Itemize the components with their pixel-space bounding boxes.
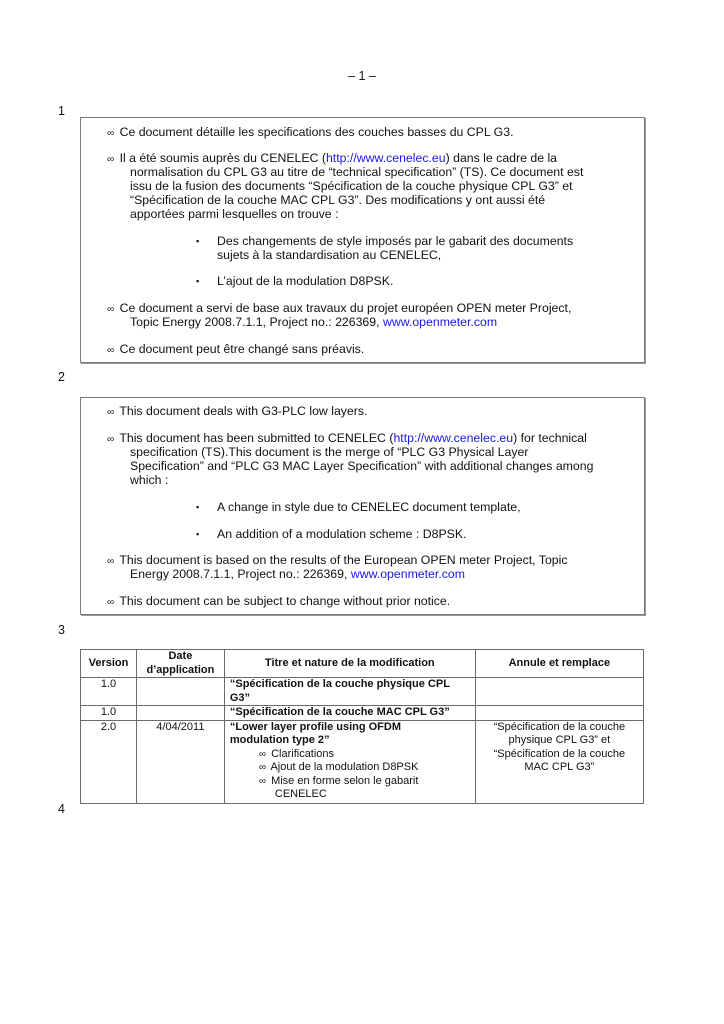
notice-text: Topic Energy 2008.7.1.1, Project no.: 22… <box>130 315 383 329</box>
notice-text: ) dans le cadre de la <box>446 151 557 165</box>
change-item: ∞ Mise en forme selon le gabarit <box>230 775 470 789</box>
header-version: Version <box>81 650 137 678</box>
cell-title: “Spécification de la couche physique CPL… <box>224 678 475 706</box>
notice-text: Il a été soumis auprès du CENELEC ( <box>120 151 326 165</box>
cell-date <box>136 706 224 721</box>
infinity-bullet-icon: ∞ <box>107 304 114 315</box>
notice-text: Ce document peut être changé sans préavi… <box>120 342 365 356</box>
square-bullet-icon: ▪ <box>196 276 199 286</box>
header-date-line1: Date <box>142 650 219 664</box>
cell-replaces: “Spécification de la couche physique CPL… <box>475 720 643 803</box>
notice-text: “Spécification de la couche MAC CPL G3”.… <box>130 193 545 207</box>
square-bullet-icon: ▪ <box>196 236 199 246</box>
title-line: “Lower layer profile using OFDM <box>230 721 470 735</box>
table-row: 2.0 4/04/2011 “Lower layer profile using… <box>81 720 644 803</box>
table-row: 1.0 “Spécification de la couche physique… <box>81 678 644 706</box>
line-number-3: 3 <box>58 623 65 637</box>
infinity-bullet-icon: ∞ <box>259 776 266 787</box>
notice-text: specification (TS).This document is the … <box>130 445 528 459</box>
line-number-1: 1 <box>58 104 65 118</box>
header-title: Titre et nature de la modification <box>224 650 475 678</box>
revision-history-table: Version Date d’application Titre et natu… <box>80 649 644 804</box>
notice-item: ∞ This document is based on the results … <box>107 553 568 567</box>
cell-replaces <box>475 678 643 706</box>
square-bullet-icon: ▪ <box>196 502 199 512</box>
sub-item-text: L’ajout de la modulation D8PSK. <box>217 274 393 288</box>
openmeter-link[interactable]: www.openmeter.com <box>383 315 497 329</box>
notice-text: apportées parmi lesquelles on trouve : <box>130 207 338 221</box>
infinity-bullet-icon: ∞ <box>107 154 114 165</box>
line-number-2: 2 <box>58 370 65 384</box>
header-replaces: Annule et remplace <box>475 650 643 678</box>
notice-item: ∞ This document has been submitted to CE… <box>107 431 587 445</box>
notice-item: ∞ Ce document peut être changé sans préa… <box>107 342 364 356</box>
notice-item: ∞ Il a été soumis auprès du CENELEC (htt… <box>107 151 557 165</box>
notice-text: issu de la fusion des documents “Spécifi… <box>130 179 572 193</box>
notice-text: Ce document a servi de base aux travaux … <box>120 301 572 315</box>
page-number: – 1 – <box>0 69 724 83</box>
notice-item: ∞ This document can be subject to change… <box>107 594 450 608</box>
notice-text: This document is based on the results of… <box>119 553 567 567</box>
notice-text: This document can be subject to change w… <box>119 594 450 608</box>
infinity-bullet-icon: ∞ <box>259 762 266 773</box>
notice-text: Specification” and “PLC G3 MAC Layer Spe… <box>130 459 593 473</box>
notice-item: ∞ Ce document détaille les specification… <box>107 125 514 139</box>
cell-date <box>136 678 224 706</box>
notice-text: Ce document détaille les specifications … <box>120 125 514 139</box>
notice-item-cont: Topic Energy 2008.7.1.1, Project no.: 22… <box>130 315 497 329</box>
infinity-bullet-icon: ∞ <box>107 556 114 567</box>
infinity-bullet-icon: ∞ <box>259 749 266 760</box>
notice-item-cont: Energy 2008.7.1.1, Project no.: 226369, … <box>130 567 465 581</box>
cell-title: “Spécification de la couche MAC CPL G3” <box>224 706 475 721</box>
notice-text: Energy 2008.7.1.1, Project no.: 226369, <box>130 567 351 581</box>
header-date-line2: d’application <box>142 664 219 678</box>
sub-item-text: Des changements de style imposés par le … <box>217 234 573 248</box>
cenelec-link[interactable]: http://www.cenelec.eu <box>393 431 513 445</box>
openmeter-link[interactable]: www.openmeter.com <box>351 567 465 581</box>
notice-text: ) for technical <box>513 431 587 445</box>
notice-item: ∞ Ce document a servi de base aux travau… <box>107 301 571 315</box>
notice-text: This document deals with G3-PLC low laye… <box>119 404 367 418</box>
infinity-bullet-icon: ∞ <box>107 597 114 608</box>
notice-text: normalisation du CPL G3 au titre de “tec… <box>130 165 583 179</box>
sub-item-text: A change in style due to CENELEC documen… <box>217 500 521 514</box>
title-line: modulation type 2” <box>230 734 470 748</box>
line-number-4: 4 <box>58 802 65 816</box>
cell-date: 4/04/2011 <box>136 720 224 803</box>
cenelec-link[interactable]: http://www.cenelec.eu <box>326 151 446 165</box>
change-item: ∞ Ajout de la modulation D8PSK <box>230 761 470 775</box>
cell-title: “Lower layer profile using OFDM modulati… <box>224 720 475 803</box>
cell-replaces <box>475 706 643 721</box>
cell-version: 1.0 <box>81 678 137 706</box>
change-item: ∞ Clarifications <box>230 748 470 762</box>
header-date: Date d’application <box>136 650 224 678</box>
sub-item-text: sujets à la standardisation au CENELEC, <box>217 248 441 262</box>
notice-item: ∞ This document deals with G3-PLC low la… <box>107 404 367 418</box>
sub-item-text: An addition of a modulation scheme : D8P… <box>217 527 467 541</box>
infinity-bullet-icon: ∞ <box>107 407 114 418</box>
infinity-bullet-icon: ∞ <box>107 434 114 445</box>
table-row: 1.0 “Spécification de la couche MAC CPL … <box>81 706 644 721</box>
change-item-cont: CENELEC <box>230 788 470 802</box>
infinity-bullet-icon: ∞ <box>107 345 114 356</box>
cell-version: 2.0 <box>81 720 137 803</box>
notice-text: This document has been submitted to CENE… <box>119 431 393 445</box>
notice-text: which : <box>130 473 168 487</box>
infinity-bullet-icon: ∞ <box>107 128 114 139</box>
table-header-row: Version Date d’application Titre et natu… <box>81 650 644 678</box>
square-bullet-icon: ▪ <box>196 529 199 539</box>
cell-version: 1.0 <box>81 706 137 721</box>
